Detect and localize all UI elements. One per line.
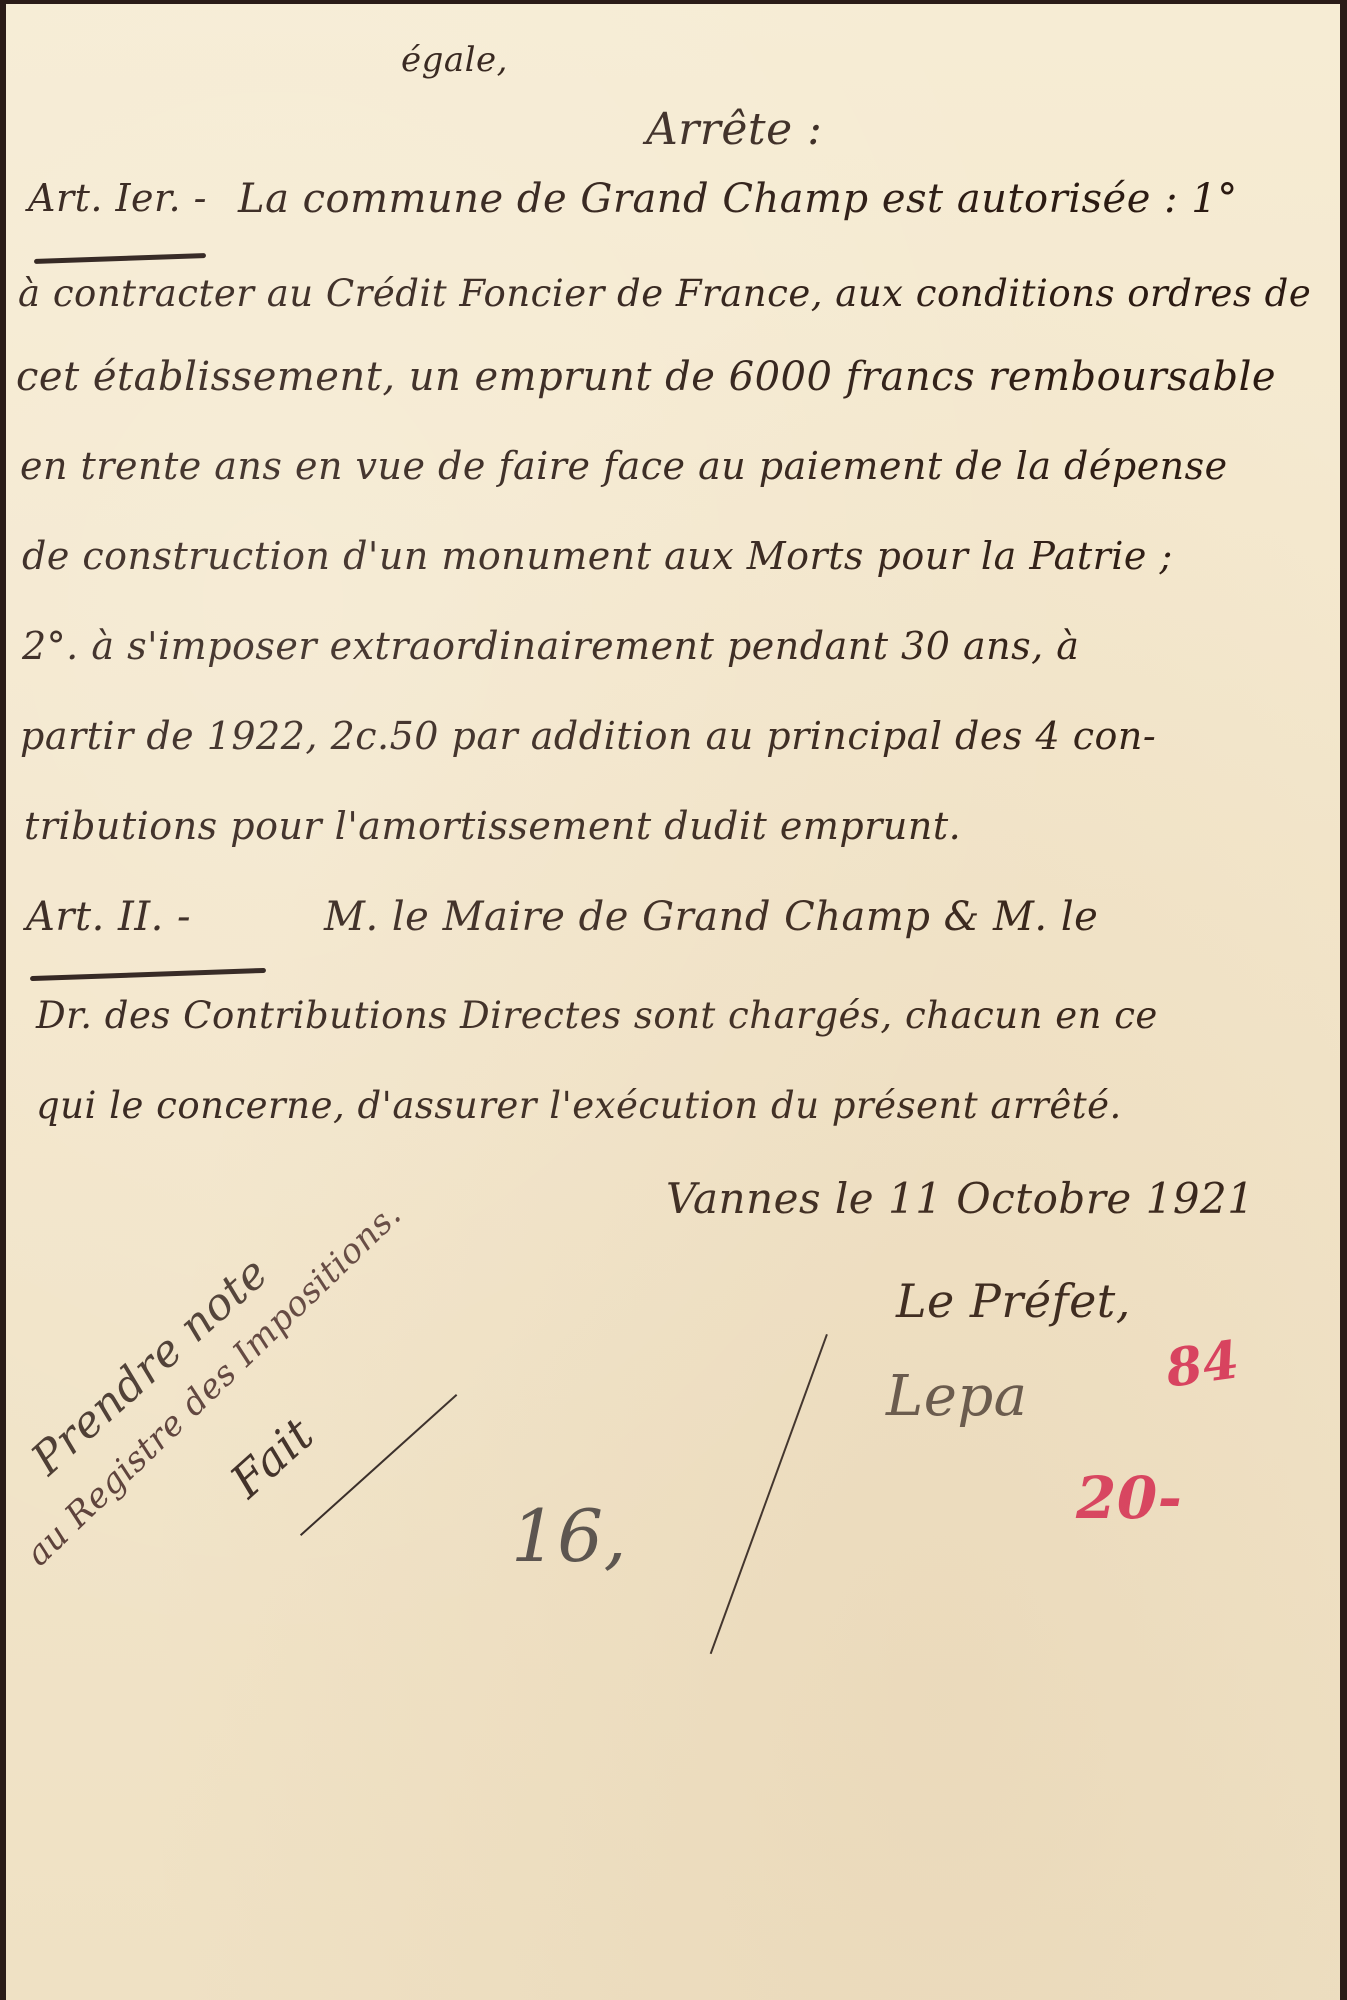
initials-flourish-stroke bbox=[300, 1394, 457, 1536]
article-2-line-2: Dr. des Contributions Directes sont char… bbox=[36, 994, 1158, 1037]
article-1-line-6: 2°. à s'imposer extraordinairement penda… bbox=[22, 624, 1079, 668]
margin-initials: Fait bbox=[220, 1407, 324, 1508]
prefect-signature: Lepa bbox=[886, 1364, 1028, 1429]
article-1-line-2: à contracter au Crédit Foncier de France… bbox=[18, 272, 1311, 315]
place-date: Vannes le 11 Octobre 1921 bbox=[666, 1174, 1254, 1223]
article-2-label: Art. II. - bbox=[26, 894, 191, 940]
article-1-line-7: partir de 1922, 2c.50 par addition au pr… bbox=[20, 714, 1156, 758]
article-1-line-1: La commune de Grand Champ est autorisée … bbox=[238, 176, 1238, 222]
article-2-underline bbox=[30, 968, 266, 981]
margin-note-line-2: au Registre des Impositions. bbox=[18, 1194, 409, 1574]
red-crayon-mark: 84 bbox=[1162, 1329, 1243, 1400]
article-1-line-8: tributions pour l'amortissement dudit em… bbox=[24, 804, 961, 848]
article-1-line-5: de construction d'un monument aux Morts … bbox=[22, 534, 1173, 578]
red-stamp-number: 20- bbox=[1076, 1464, 1182, 1532]
article-1-underline bbox=[34, 253, 206, 264]
pencil-number: 16, bbox=[511, 1494, 627, 1578]
header-fragment: égale, bbox=[401, 40, 508, 80]
article-1-line-3: cet établissement, un emprunt de 6000 fr… bbox=[16, 354, 1276, 400]
signature-title: Le Préfet, bbox=[896, 1274, 1131, 1328]
article-1-line-4: en trente ans en vue de faire face au pa… bbox=[20, 444, 1228, 488]
article-2-line-3: qui le concerne, d'assurer l'exécution d… bbox=[36, 1084, 1122, 1127]
decree-heading: Arrête : bbox=[646, 104, 822, 155]
article-2-line-1: M. le Maire de Grand Champ & M. le bbox=[324, 894, 1098, 940]
article-1-label: Art. Ier. - bbox=[28, 176, 207, 220]
document-page: égale, Arrête : Art. Ier. - La commune d… bbox=[6, 4, 1340, 2000]
signature-flourish-stroke bbox=[710, 1334, 828, 1654]
